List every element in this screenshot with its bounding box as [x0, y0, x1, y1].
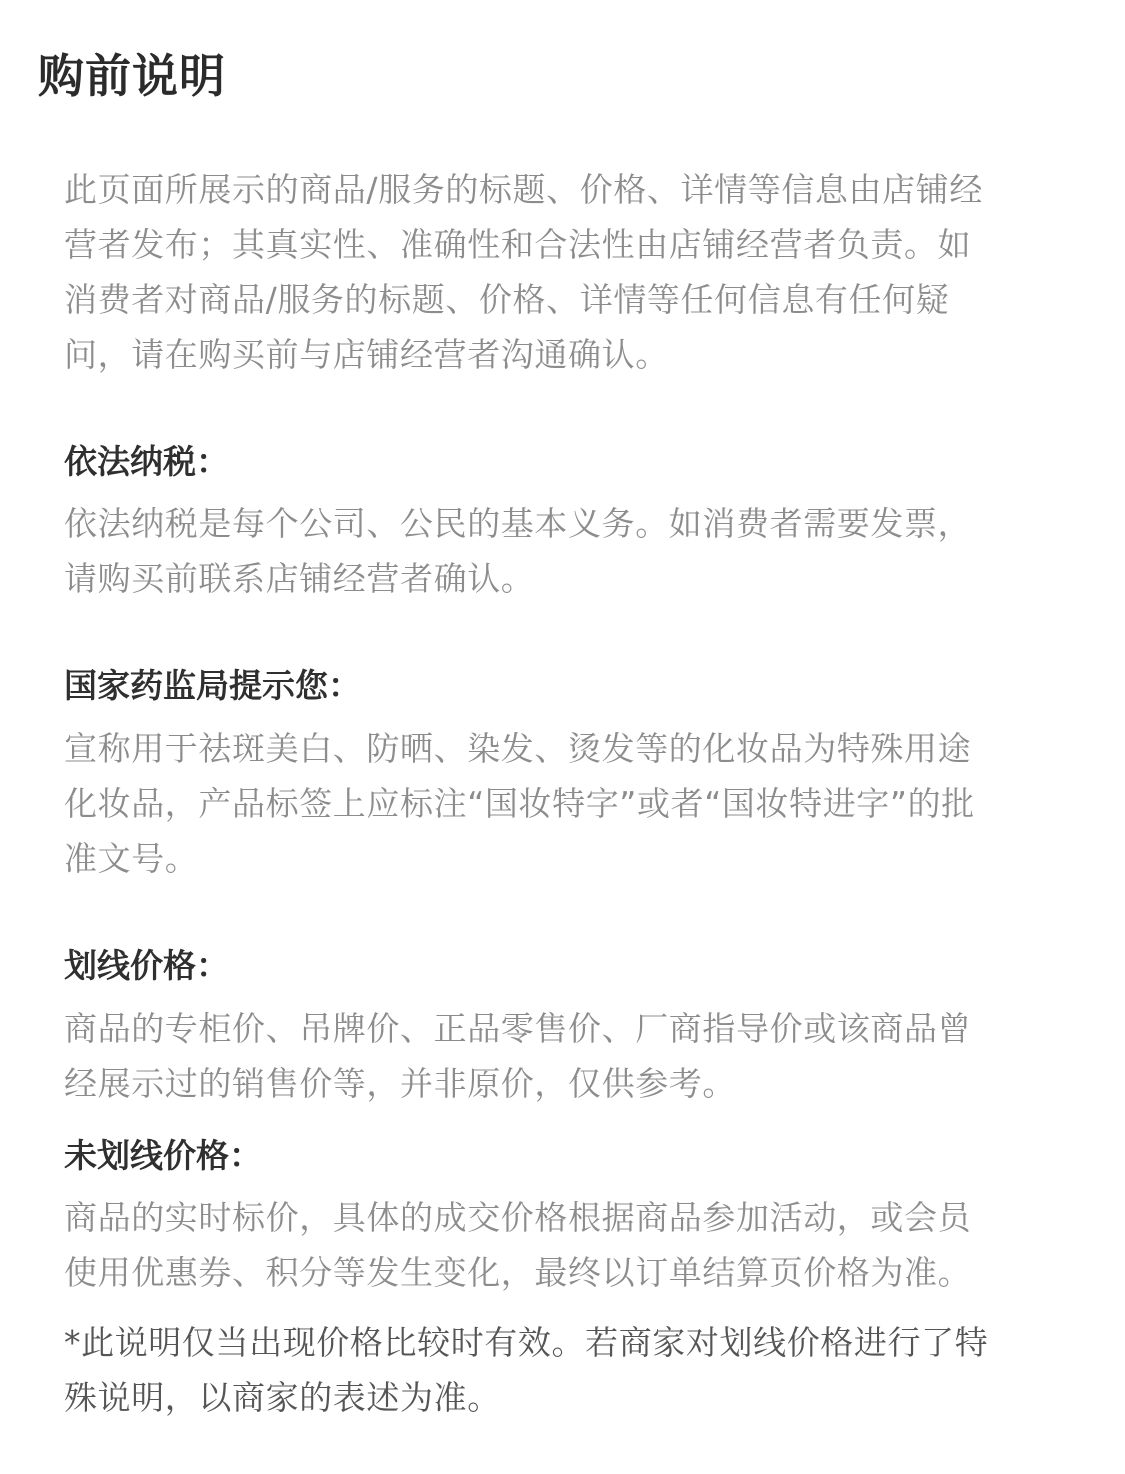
section-heading: 依法纳税： [64, 440, 229, 484]
section-line: 请购买前联系店铺经营者确认。 [64, 557, 534, 601]
section-line: 依法纳税是每个公司、公民的基本义务。如消费者需要发票， [64, 502, 971, 546]
intro-line: 营者发布；其真实性、准确性和合法性由店铺经营者负责。如 [64, 223, 971, 267]
intro-line: 问，请在购买前与店铺经营者沟通确认。 [64, 333, 669, 377]
section-line: 化妆品，产品标签上应标注“国妆特字”或者“国妆特进字”的批 [64, 782, 975, 826]
section-line: 商品的专柜价、吊牌价、正品零售价、厂商指导价或该商品曾 [64, 1007, 971, 1051]
intro-line: 消费者对商品/服务的标题、价格、详情等任何信息有任何疑 [64, 278, 949, 322]
section-heading: 国家药监局提示您： [64, 664, 361, 708]
intro-line: 此页面所展示的商品/服务的标题、价格、详情等信息由店铺经 [64, 168, 983, 212]
section-line: 商品的实时标价，具体的成交价格根据商品参加活动，或会员 [64, 1196, 971, 1240]
section-line: 准文号。 [64, 837, 198, 881]
section-line: 经展示过的销售价等，并非原价，仅供参考。 [64, 1062, 736, 1106]
footnote-line: 殊说明，以商家的表述为准。 [64, 1376, 501, 1420]
section-line: 使用优惠券、积分等发生变化，最终以订单结算页价格为准。 [64, 1251, 971, 1295]
section-line: 宣称用于祛斑美白、防晒、染发、烫发等的化妆品为特殊用途 [64, 727, 971, 771]
page-title: 购前说明 [38, 46, 226, 106]
footnote-line: *此说明仅当出现价格比较时有效。若商家对划线价格进行了特 [64, 1321, 988, 1365]
section-heading: 划线价格： [64, 944, 229, 988]
section-heading: 未划线价格： [64, 1134, 262, 1178]
